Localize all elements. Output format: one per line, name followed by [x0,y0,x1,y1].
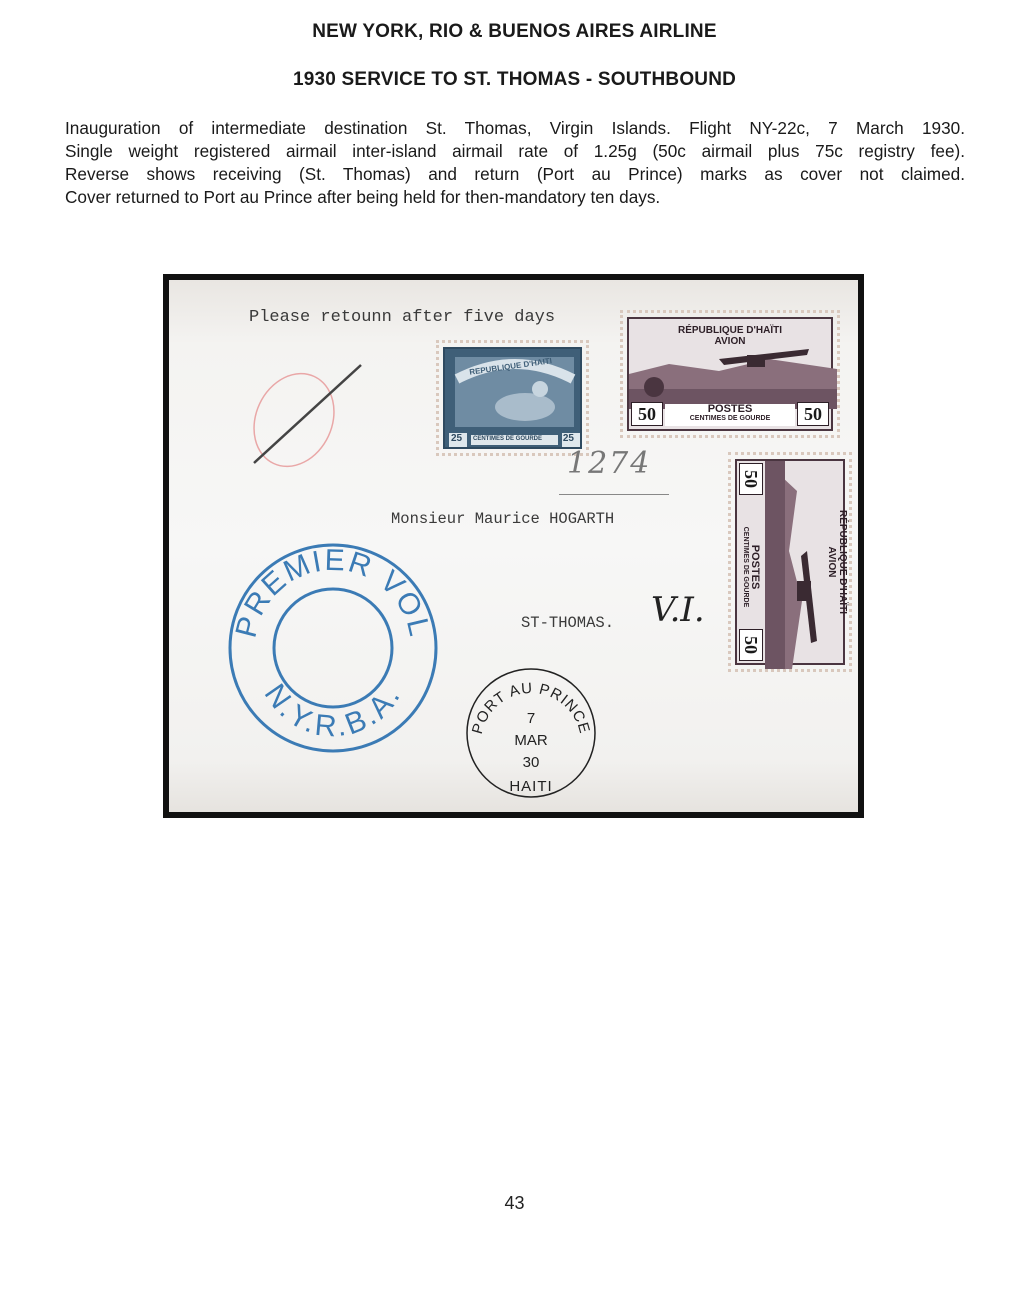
registration-number: 1274 [567,446,651,481]
stamp-value: 50 [797,402,829,426]
svg-text:PREMIER VOL: PREMIER VOL [230,544,437,641]
page-title: NEW YORK, RIO & BUENOS AIRES AIRLINE [0,21,1029,43]
description: Inauguration of intermediate destination… [65,117,965,209]
svg-text:PORT AU PRINCE: PORT AU PRINCE [469,680,593,736]
stamp-subtitle: AVION [826,492,837,632]
description-line: Single weight registered airmail inter-i… [65,140,965,163]
addressee: Monsieur Maurice HOGARTH [391,510,614,528]
page-subtitle: 1930 SERVICE TO ST. THOMAS - SOUTHBOUND [0,69,1029,91]
destination: ST-THOMAS. [521,614,614,632]
divider [559,494,669,495]
stamp-caption: CENTIMES DE GOURDE [473,436,542,442]
stamp-value: 50 [740,468,762,490]
svg-text:N.Y.R.B.A.: N.Y.R.B.A. [258,678,408,743]
page-number: 43 [0,1193,1029,1214]
svg-text:7: 7 [527,710,535,727]
envelope-cover: Please retounn after five days 25 25 [169,280,858,812]
stamp-25-centimes: 25 25 CENTIMES DE GOURDE REPUBLIQUE D'HA… [436,340,589,456]
handwritten-destination: V.I. [651,590,705,630]
stamp-value: 50 [740,634,762,656]
typed-return-note: Please retounn after five days [249,308,555,327]
stamp-value: 25 [451,433,462,444]
cover-image-frame: Please retounn after five days 25 25 [163,274,864,818]
stamp-value-box: 50 [739,463,763,495]
port-au-prince-postmark-icon: PORT AU PRINCE HAITI 7 MAR 30 [463,665,599,801]
stamp-caption: CENTIMES DE GOURDE [665,414,795,424]
description-line: Reverse shows receiving (St. Thomas) and… [65,163,965,186]
stamp-50-airmail-horizontal: RÉPUBLIQUE D'HAÏTI AVION 50 50 POSTES CE… [620,310,840,438]
stamp-value: 50 [631,402,663,426]
stamp-50-airmail-vertical: 50 50 POSTES CENTIMES DE GOURDE RÉPUBLIQ… [728,452,852,672]
stamp-caption: CENTIMES DE GOURDE [740,499,750,635]
premier-vol-cachet-icon: PREMIER VOL N.Y.R.B.A. [225,540,441,756]
stamp-caption: POSTES [665,404,795,414]
stamp-caption: POSTES [750,499,760,635]
svg-text:30: 30 [523,754,540,771]
description-line: Inauguration of intermediate destination… [65,117,965,140]
stamp-country: RÉPUBLIQUE D'HAÏTI [837,492,848,632]
red-oval-mark-icon [239,360,369,470]
description-line: Cover returned to Port au Prince after b… [65,186,965,209]
svg-text:MAR: MAR [514,732,548,749]
svg-text:HAITI: HAITI [509,778,552,795]
stamp-value: 25 [563,433,574,444]
